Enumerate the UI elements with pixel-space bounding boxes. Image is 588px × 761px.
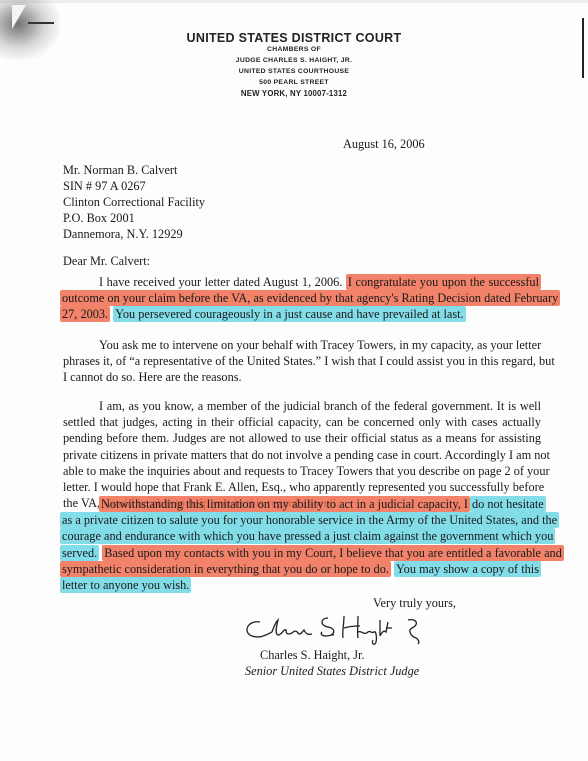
- highlight-red: I congratulate you upon the successful: [346, 274, 541, 290]
- letterhead-street: 500 PEARL STREET: [0, 79, 588, 86]
- scan-edge: [0, 0, 588, 3]
- highlight-blue: served.: [60, 545, 99, 561]
- highlight-blue: You may show a copy of this: [394, 561, 541, 577]
- letterhead-title: UNITED STATES DISTRICT COURT: [0, 31, 588, 45]
- text: You ask me to intervene on your behalf w…: [63, 337, 541, 353]
- text: letter. I would hope that Frank E. Allen…: [63, 479, 541, 495]
- text: settled that judges, acting in their off…: [63, 414, 541, 430]
- paragraph-3: I am, as you know, a member of the judic…: [63, 398, 541, 511]
- text: I cannot do so. Here are the reasons.: [63, 369, 541, 385]
- text: I am, as you know, a member of the judic…: [63, 398, 541, 414]
- recipient-facility: Clinton Correctional Facility: [63, 195, 205, 209]
- text: phrases it, of “a representative of the …: [63, 353, 541, 369]
- highlight-red: sympathetic consideration in everything …: [60, 561, 391, 577]
- paragraph-4: Notwithstanding this limitation on my ab…: [63, 496, 541, 593]
- handwritten-signature: [240, 608, 450, 648]
- folded-corner: [12, 5, 26, 29]
- text: private citizens in private matters that…: [63, 447, 541, 463]
- letterhead-courthouse: UNITED STATES COURTHOUSE: [0, 68, 588, 75]
- letter-date: August 16, 2006: [343, 137, 425, 151]
- letterhead-city: NEW YORK, NY 10007-1312: [0, 89, 588, 98]
- highlight-blue: courage and endurance with which you hav…: [60, 528, 555, 544]
- highlight-blue: as a private citizen to salute you for y…: [60, 512, 559, 528]
- highlight-blue: You persevered courageously in a just ca…: [113, 306, 465, 322]
- signer-title: Senior United States District Judge: [245, 664, 419, 679]
- text: I have received your letter dated August…: [99, 275, 342, 289]
- salutation: Dear Mr. Calvert:: [63, 254, 150, 268]
- scan-mark: [28, 22, 54, 24]
- text: able to make the inquiries about and req…: [63, 463, 541, 479]
- recipient-po-box: P.O. Box 2001: [63, 211, 135, 225]
- letterhead-chambers: CHAMBERS OF: [0, 46, 588, 53]
- highlight-blue: do not hesitate: [470, 496, 546, 512]
- recipient-name: Mr. Norman B. Calvert: [63, 163, 177, 177]
- highlight-red: outcome on your claim before the VA, as …: [60, 290, 560, 306]
- highlight-red: 27, 2003.: [60, 306, 110, 322]
- highlight-red: Notwithstanding this limitation on my ab…: [99, 496, 470, 512]
- letterhead-judge: JUDGE CHARLES S. HAIGHT, JR.: [0, 57, 588, 64]
- signer-name: Charles S. Haight, Jr.: [260, 648, 365, 663]
- highlight-red: Based upon my contacts with you in my Co…: [102, 545, 564, 561]
- paragraph-1: I have received your letter dated August…: [63, 274, 541, 323]
- recipient-id: SIN # 97 A 0267: [63, 179, 146, 193]
- recipient-city: Dannemora, N.Y. 12929: [63, 227, 183, 241]
- highlight-blue: letter to anyone you wish.: [60, 577, 191, 593]
- paragraph-2: You ask me to intervene on your behalf w…: [63, 337, 541, 386]
- letter-page: UNITED STATES DISTRICT COURT CHAMBERS OF…: [0, 0, 588, 761]
- text: pending before them. Judges are not allo…: [63, 430, 541, 446]
